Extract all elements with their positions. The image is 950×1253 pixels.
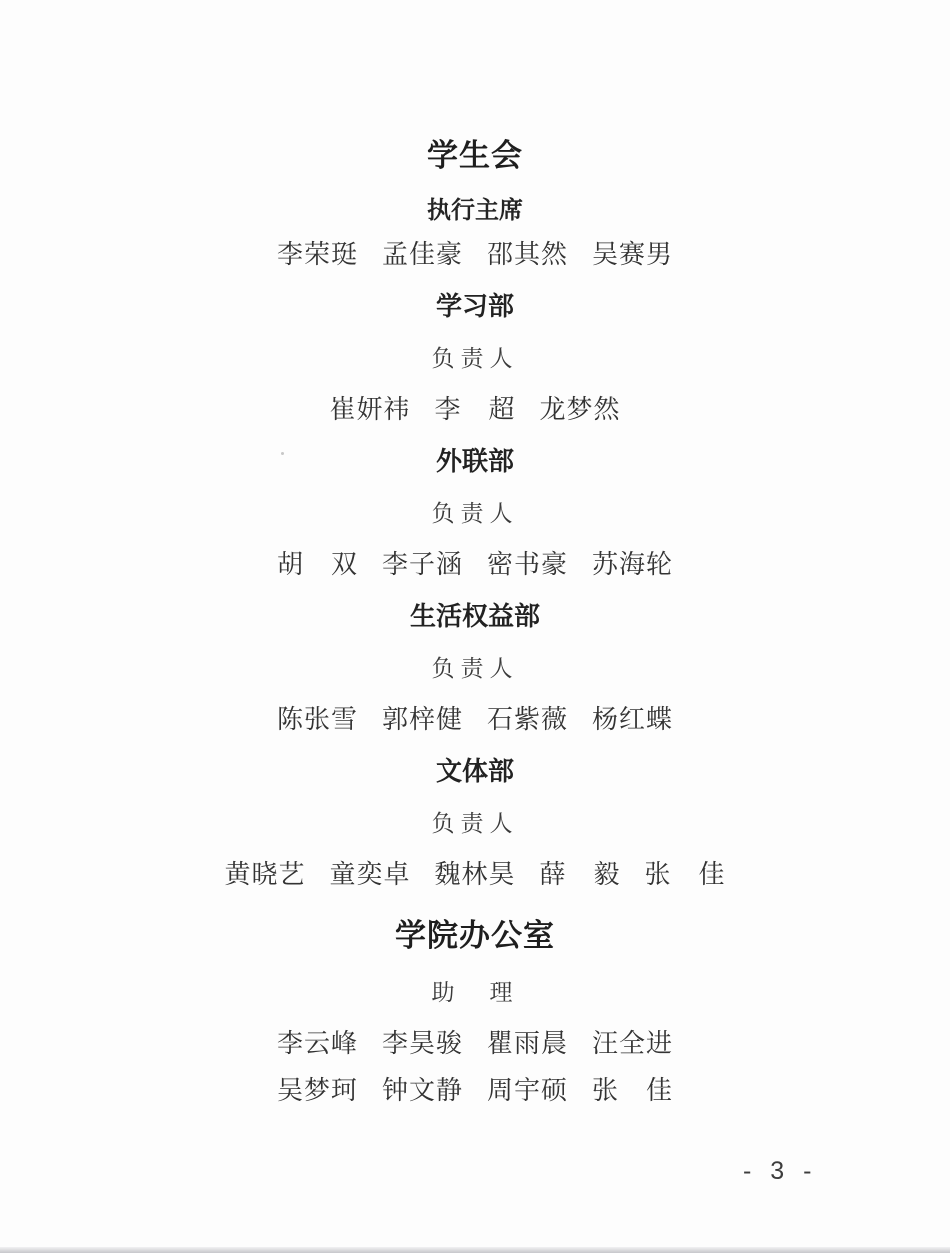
member-name: 李昊骏 bbox=[382, 1031, 463, 1057]
member-name: 李荣珽 bbox=[277, 242, 358, 268]
member-name: 邵其然 bbox=[487, 242, 568, 268]
member-name: 童奕卓 bbox=[329, 862, 410, 888]
member-name-row: 陈张雪郭梓健石紫薇杨红蝶 bbox=[277, 707, 673, 733]
member-name-row: 崔妍祎李 超龙梦然 bbox=[329, 397, 620, 423]
member-name: 周宇硕 bbox=[487, 1078, 568, 1104]
member-name: 薛 毅 bbox=[540, 862, 621, 888]
member-name: 吴赛男 bbox=[592, 242, 673, 268]
member-name: 石紫薇 bbox=[487, 707, 568, 733]
member-name: 吴梦珂 bbox=[277, 1078, 358, 1104]
department-heading: 文体部 bbox=[436, 759, 514, 785]
scan-artifact-dot bbox=[281, 452, 284, 455]
member-name-row: 胡 双李子涵密书豪苏海轮 bbox=[277, 552, 673, 578]
scanned-page: 学生会执行主席李荣珽孟佳豪邵其然吴赛男学习部负责人崔妍祎李 超龙梦然外联部负责人… bbox=[0, 0, 950, 1253]
role-label: 助 理 bbox=[432, 981, 519, 1004]
member-name: 陈张雪 bbox=[277, 707, 358, 733]
scan-edge-bottom bbox=[0, 1247, 950, 1253]
department-heading: 学习部 bbox=[436, 294, 514, 320]
role-label: 负责人 bbox=[432, 502, 519, 525]
member-name: 魏林昊 bbox=[434, 862, 515, 888]
document-body: 学生会执行主席李荣珽孟佳豪邵其然吴赛男学习部负责人崔妍祎李 超龙梦然外联部负责人… bbox=[0, 0, 950, 1104]
member-name: 张 佳 bbox=[645, 862, 726, 888]
role-label: 负责人 bbox=[432, 347, 519, 370]
role-label: 负责人 bbox=[432, 812, 519, 835]
member-name: 杨红蝶 bbox=[592, 707, 673, 733]
member-name-row: 吴梦珂钟文静周宇硕张 佳 bbox=[277, 1078, 673, 1104]
member-name-row: 李云峰李昊骏瞿雨晨汪全进 bbox=[277, 1031, 673, 1057]
member-name: 李 超 bbox=[434, 397, 515, 423]
member-name: 龙梦然 bbox=[540, 397, 621, 423]
section-title: 学生会 bbox=[427, 140, 523, 171]
member-name: 胡 双 bbox=[277, 552, 358, 578]
department-heading: 外联部 bbox=[436, 449, 514, 475]
member-name: 郭梓健 bbox=[382, 707, 463, 733]
member-name: 苏海轮 bbox=[592, 552, 673, 578]
member-name: 密书豪 bbox=[487, 552, 568, 578]
member-name: 孟佳豪 bbox=[382, 242, 463, 268]
page-number: - 3 - bbox=[743, 1157, 817, 1186]
member-name: 崔妍祎 bbox=[329, 397, 410, 423]
member-name: 瞿雨晨 bbox=[487, 1031, 568, 1057]
member-name: 黄晓艺 bbox=[224, 862, 305, 888]
section-title: 学院办公室 bbox=[395, 920, 555, 951]
member-name-row: 黄晓艺童奕卓魏林昊薛 毅张 佳 bbox=[224, 862, 725, 888]
member-name: 李子涵 bbox=[382, 552, 463, 578]
member-name: 张 佳 bbox=[592, 1078, 673, 1104]
department-heading: 生活权益部 bbox=[410, 604, 540, 630]
member-name: 李云峰 bbox=[277, 1031, 358, 1057]
member-name-row: 李荣珽孟佳豪邵其然吴赛男 bbox=[277, 242, 673, 268]
role-heading: 执行主席 bbox=[427, 199, 523, 223]
role-label: 负责人 bbox=[432, 657, 519, 680]
member-name: 汪全进 bbox=[592, 1031, 673, 1057]
member-name: 钟文静 bbox=[382, 1078, 463, 1104]
